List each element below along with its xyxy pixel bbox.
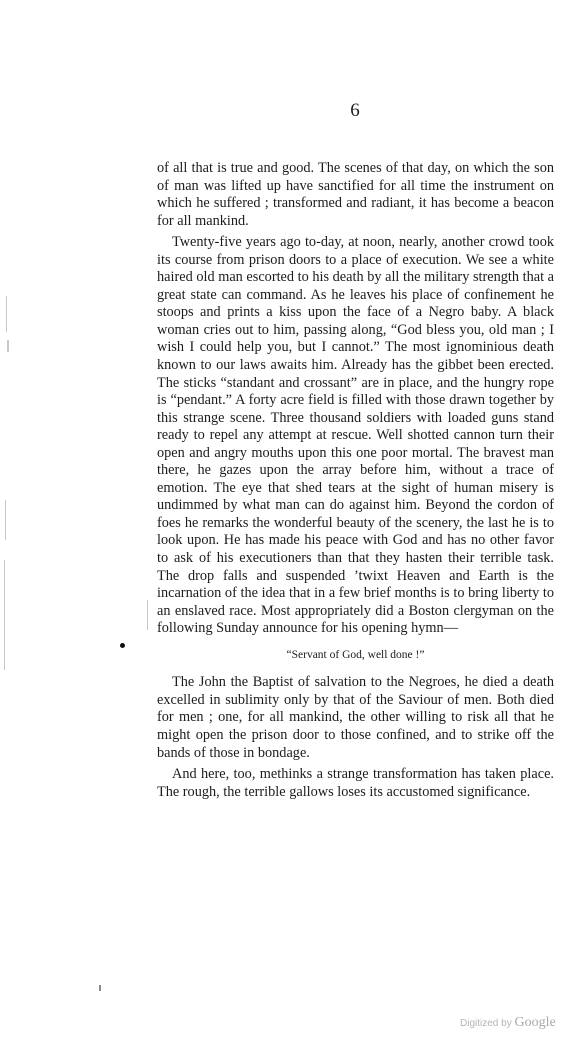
- watermark-prefix: Digitized by: [460, 1018, 512, 1029]
- scan-speck: [147, 600, 148, 630]
- paragraph-2: Twenty-five years ago to-day, at noon, n…: [157, 234, 554, 638]
- scan-speck: [4, 560, 5, 670]
- page-number: 6: [0, 100, 575, 122]
- ink-dot: [120, 643, 125, 648]
- hymn-quote: “Servant of God, well done !”: [157, 647, 554, 665]
- scan-speck: [6, 296, 7, 332]
- digitized-watermark: Digitized by Google: [460, 1015, 556, 1031]
- scan-speck: [5, 500, 6, 540]
- paragraph-4: And here, too, methinks a strange transf…: [157, 766, 554, 801]
- paragraph-1: of all that is true and good. The scenes…: [157, 160, 554, 230]
- scan-speck: [99, 985, 101, 991]
- paragraph-3: The John the Baptist of salvation to the…: [157, 674, 554, 762]
- scan-speck: [7, 340, 9, 352]
- watermark-brand: Google: [514, 1015, 555, 1030]
- body-text: of all that is true and good. The scenes…: [157, 160, 554, 801]
